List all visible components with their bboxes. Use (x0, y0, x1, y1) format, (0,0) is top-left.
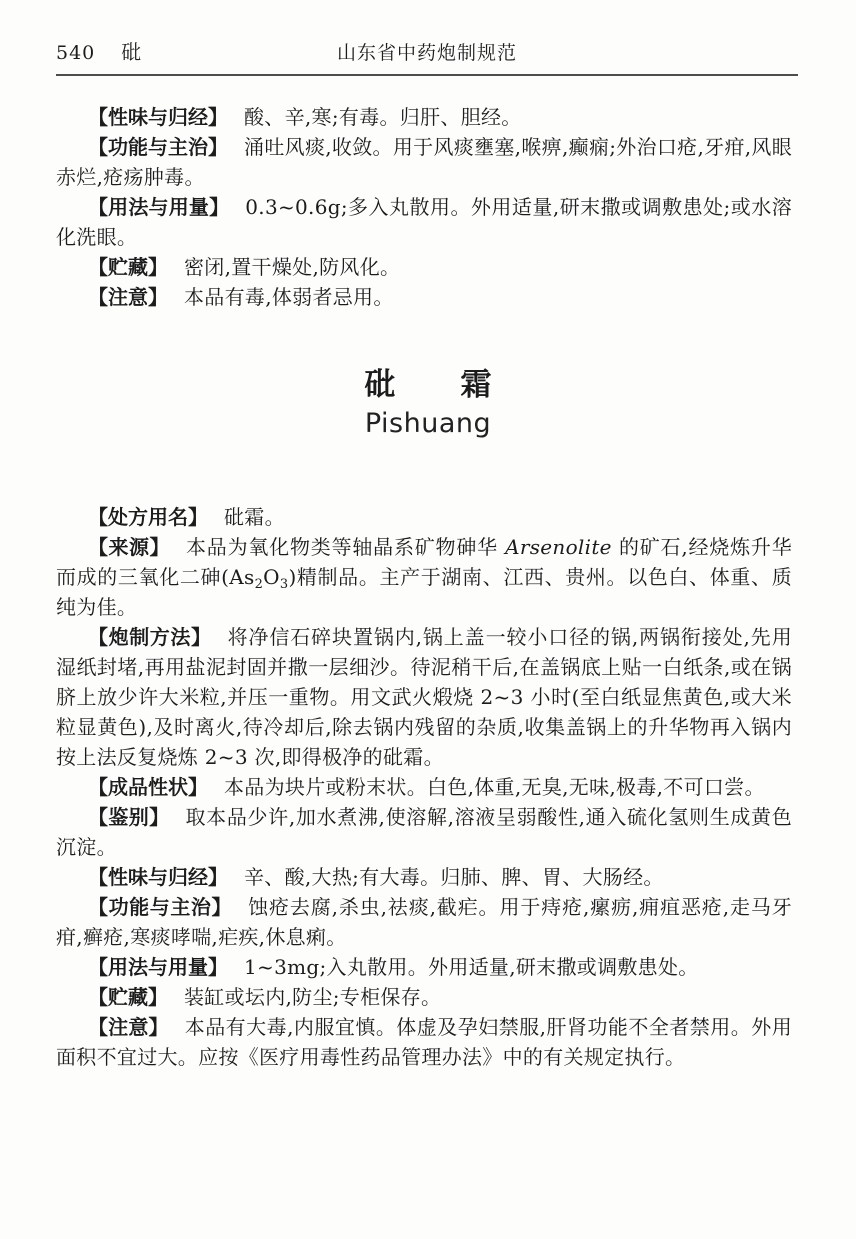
entry-label: 【功能与主治】 (88, 895, 232, 919)
entry-text: 酸、辛,寒;有毒。归肝、胆经。 (244, 105, 522, 129)
entry-identification: 【鉴别】取本品少许,加水煮沸,使溶解,溶液呈弱酸性,通入硫化氢则生成黄色沉淀。 (56, 802, 792, 862)
book-page: 540 砒 山东省中药炮制规范 【性味与归经】酸、辛,寒;有毒。归肝、胆经。【功… (0, 0, 856, 1239)
entry-label: 【注意】 (88, 1015, 169, 1039)
previous-monograph-entries: 【性味与归经】酸、辛,寒;有毒。归肝、胆经。【功能与主治】涌吐风痰,收敛。用于风… (56, 102, 792, 312)
entry-properties-meridians: 【性味与归经】酸、辛,寒;有毒。归肝、胆经。 (56, 102, 792, 132)
entry-label: 【贮藏】 (88, 985, 168, 1009)
page-number: 540 (56, 41, 95, 65)
entry-text: 本品为块片或粉末状。白色,体重,无臭,无味,极毒,不可口尝。 (224, 775, 765, 799)
entry-text: 辛、酸,大热;有大毒。归肺、脾、胃、大肠经。 (244, 865, 664, 889)
entry-prescription-name: 【处方用名】砒霜。 (56, 502, 792, 532)
monograph-title-chinese: 砒霜 (0, 367, 856, 403)
book-title: 山东省中药炮制规范 (337, 41, 517, 65)
entry-text: 本品有毒,体弱者忌用。 (184, 285, 394, 309)
entry-usage-dosage: 【用法与用量】0.3~0.6g;多入丸散用。外用适量,研末撒或调敷患处;或水溶化… (56, 192, 792, 252)
entry-label: 【贮藏】 (88, 255, 168, 279)
entry-storage: 【贮藏】密闭,置干燥处,防风化。 (56, 252, 792, 282)
entry-source: 【来源】本品为氧化物类等轴晶系矿物砷华 Arsenolite 的矿石,经烧炼升华… (56, 532, 792, 622)
entry-text: 1~3mg;入丸散用。外用适量,研末撒或调敷患处。 (244, 955, 699, 979)
section-word: 砒 (121, 40, 141, 64)
entry-text: 砒霜。 (224, 505, 285, 529)
entry-label: 【注意】 (88, 285, 168, 309)
entry-usage-dosage: 【用法与用量】1~3mg;入丸散用。外用适量,研末撒或调敷患处。 (56, 952, 792, 982)
running-header: 540 砒 山东省中药炮制规范 (56, 0, 798, 76)
entry-label: 【炮制方法】 (88, 625, 212, 649)
entry-label: 【成品性状】 (88, 775, 208, 799)
entry-label: 【鉴别】 (88, 805, 169, 829)
entry-product-characters: 【成品性状】本品为块片或粉末状。白色,体重,无臭,无味,极毒,不可口尝。 (56, 772, 792, 802)
entry-text: 密闭,置干燥处,防风化。 (184, 255, 400, 279)
entry-properties-meridians: 【性味与归经】辛、酸,大热;有大毒。归肺、脾、胃、大肠经。 (56, 862, 792, 892)
entry-label: 【处方用名】 (88, 505, 208, 529)
entry-label: 【用法与用量】 (88, 195, 229, 219)
entry-label: 【用法与用量】 (88, 955, 228, 979)
entry-functions-indications: 【功能与主治】涌吐风痰,收敛。用于风痰壅塞,喉痹,癫痫;外治口疮,牙疳,风眼赤烂… (56, 132, 792, 192)
entry-caution: 【注意】本品有毒,体弱者忌用。 (56, 282, 792, 312)
entry-label: 【功能与主治】 (88, 135, 228, 159)
entry-caution: 【注意】本品有大毒,内服宜慎。体虚及孕妇禁服,肝肾功能不全者禁用。外用面积不宜过… (56, 1012, 792, 1072)
monograph-title-pinyin: Pishuang (0, 408, 856, 440)
entry-label: 【性味与归经】 (88, 865, 228, 889)
monograph-title-block: 砒霜 Pishuang (0, 367, 856, 440)
entry-text: 装缸或坛内,防尘;专柜保存。 (184, 985, 441, 1009)
entry-label: 【性味与归经】 (88, 105, 228, 129)
entry-functions-indications: 【功能与主治】蚀疮去腐,杀虫,祛痰,截疟。用于痔疮,瘰疬,痈疽恶疮,走马牙疳,癣… (56, 892, 792, 952)
monograph-entries: 【处方用名】砒霜。【来源】本品为氧化物类等轴晶系矿物砷华 Arsenolite … (56, 502, 792, 1072)
entry-processing-method: 【炮制方法】将净信石碎块置锅内,锅上盖一较小口径的锅,两锅衔接处,先用湿纸封堵,… (56, 622, 792, 772)
header-left-group: 540 砒 (56, 40, 141, 65)
entry-storage: 【贮藏】装缸或坛内,防尘;专柜保存。 (56, 982, 792, 1012)
entry-label: 【来源】 (88, 535, 170, 559)
